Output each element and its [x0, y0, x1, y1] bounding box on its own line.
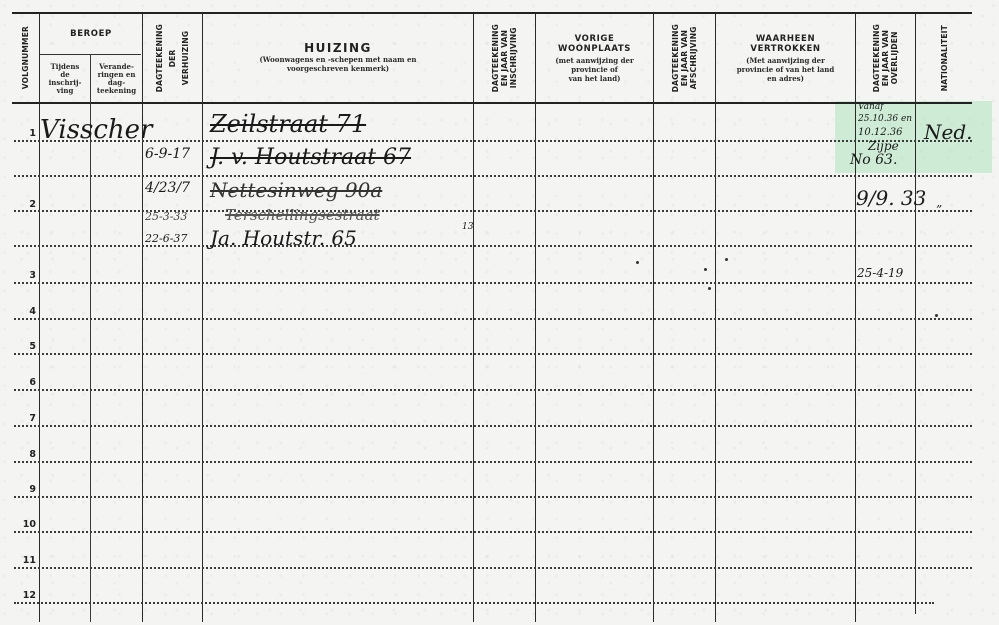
row-number: 2	[18, 199, 36, 210]
row-line	[14, 353, 972, 355]
row-number: 12	[18, 590, 36, 601]
row-number: 7	[18, 413, 36, 424]
row-line	[14, 282, 972, 284]
row-line	[14, 425, 972, 427]
header-bottom-rule	[12, 102, 972, 104]
header-volgnummer: VOLGNUMMER	[12, 14, 39, 102]
row-line	[14, 531, 972, 533]
row-number: 9	[18, 484, 36, 495]
row-line	[14, 318, 972, 320]
handwritten-address: Nettesinweg 90a	[210, 178, 382, 202]
handwritten-address: Ja. Houtstr. 65	[210, 226, 357, 250]
header-volgnummer-label: VOLGNUMMER	[21, 26, 30, 89]
ink-speck	[636, 261, 639, 264]
row-line	[14, 461, 972, 463]
header-beroep-veranderingen: Verande- ringen en dag- teekening	[91, 55, 142, 102]
header-huizing-title: HUIZING	[304, 43, 372, 53]
header-beroep-label: BEROEP	[70, 29, 112, 39]
row-number: 3	[18, 270, 36, 281]
row-line	[14, 389, 972, 391]
handwritten-overlijden-date: 9/9. 33	[856, 186, 926, 210]
row-number: 11	[18, 555, 36, 566]
handwritten-address: J. v. Houtstraat 67	[210, 145, 411, 170]
handwritten-beroep: Visscher	[40, 115, 152, 145]
col-rule	[915, 14, 916, 614]
header-huizing-sub: (Woonwagens en -schepen met naam en voor…	[260, 55, 417, 73]
header-vorige-woonplaats: VORIGE WOONPLAATS (met aanwijzing der pr…	[536, 14, 653, 102]
row-number: 8	[18, 449, 36, 460]
ditto-mark: ”	[936, 203, 942, 217]
header-nationaliteit: NATIONALITEIT	[916, 14, 972, 102]
handwritten-note-line: No 63.	[850, 152, 897, 168]
register-page: VOLGNUMMER BEROEP Tijdens de inschrij- v…	[0, 0, 999, 625]
header-dagteekening-inschrijving: DAGTEEKENING EN JAAR VAN INSCHRIJVING	[474, 14, 535, 102]
row-line	[14, 567, 972, 569]
row-line	[14, 496, 972, 498]
handwritten-address: Zeilstraat 71	[210, 110, 366, 138]
handwritten-overlijden-date: 25-4-19	[857, 266, 903, 280]
header-huizing: HUIZING (Woonwagens en -schepen met naam…	[203, 14, 473, 102]
header-waarheen-vertrokken: WAARHEEN VERTROKKEN (Met aanwijzing der …	[716, 14, 855, 102]
row-number: 1	[18, 128, 36, 139]
handwritten-note-line: 10.12.36	[858, 127, 903, 138]
handwritten-address: Terschellingsestraat	[225, 206, 380, 224]
handwritten-verhuizing-date: 25-3-33	[145, 210, 187, 223]
ink-speck	[708, 287, 711, 290]
handwritten-verhuizing-date: 6-9-17	[145, 146, 190, 162]
row-number: 10	[18, 519, 36, 530]
ink-speck	[725, 258, 728, 261]
row-number: 4	[18, 306, 36, 317]
row-line	[14, 602, 934, 604]
header-dagteekening-verhuizing: DAGTEEKENING DER VERHUIZING	[143, 14, 202, 102]
row-number: 6	[18, 377, 36, 388]
handwritten-verhuizing-date: 4/23/7	[145, 180, 190, 196]
header-dagteekening-overlijden: DAGTEEKENING EN JAAR VAN OVERLIJDEN	[856, 14, 915, 102]
ink-speck	[935, 314, 938, 317]
handwritten-nationaliteit: Ned.	[924, 120, 973, 144]
row-number: 5	[18, 341, 36, 352]
header-beroep-inschrijving: Tijdens de inschrij- ving	[40, 55, 90, 102]
handwritten-address-suffix: 13	[462, 222, 473, 232]
header-dagteekening-afschrijving: DAGTEEKENING EN JAAR VAN AFSCHRIJVING	[654, 14, 715, 102]
handwritten-note-line: 25.10.36 en	[858, 114, 912, 124]
header-beroep: BEROEP	[40, 14, 142, 54]
handwritten-note-line: Zijpe	[868, 139, 899, 153]
handwritten-verhuizing-date: 22-6-37	[145, 232, 187, 245]
row-line	[14, 140, 972, 142]
row-line	[14, 245, 972, 247]
row-line	[14, 175, 972, 177]
ink-speck	[704, 268, 707, 271]
handwritten-note-line: Vanaf	[858, 102, 884, 112]
